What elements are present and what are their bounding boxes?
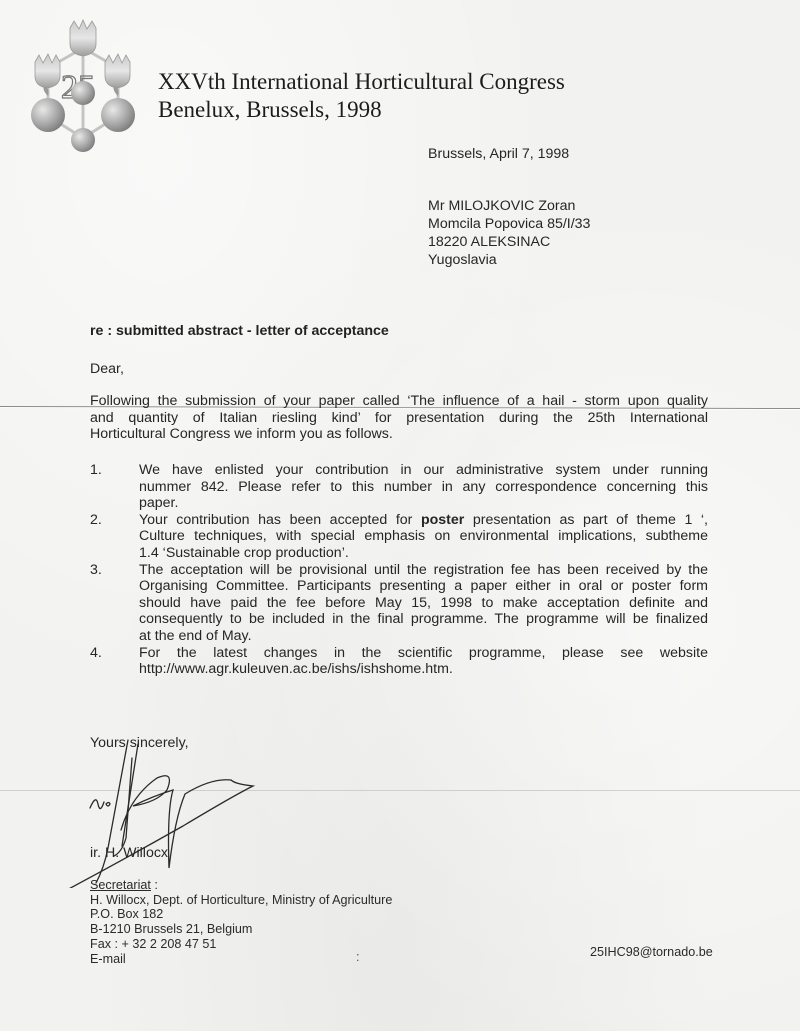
list-line: should have paid the fee before May 15, … (139, 595, 708, 612)
salutation: Dear, (90, 361, 124, 378)
list-number: 4. (90, 645, 120, 662)
letterhead-location: Benelux, Brussels, 1998 (158, 96, 565, 124)
list-line: For the latest changes in the scientific… (139, 645, 708, 662)
list-line: nummer 842. Please refer to this number … (139, 479, 708, 496)
list-line: Your contribution has been accepted for … (139, 512, 708, 529)
intro-paragraph: Following the submission of your paper c… (90, 393, 708, 443)
list-line: 1.4 ‘Sustainable crop production’. (139, 545, 708, 562)
list-number: 1. (90, 462, 120, 479)
secretariat-label: Secretariat (90, 878, 151, 892)
email-separator: : (356, 950, 360, 964)
list-number: 2. (90, 512, 120, 529)
footer-line: P.O. Box 182 (90, 907, 392, 922)
list-item-2: 2. Your contribution has been accepted f… (90, 512, 708, 562)
fax-number: Fax : + 32 2 208 47 51 (90, 937, 392, 952)
list-line: We have enlisted your contribution in ou… (139, 462, 708, 479)
email-label: E-mail (90, 952, 392, 967)
recipient-country: Yugoslavia (428, 252, 590, 270)
list-line: at the end of May. (139, 628, 708, 645)
letterhead-title: XXVth International Horticultural Congre… (158, 68, 565, 96)
list-line: Organising Committee. Participants prese… (139, 578, 708, 595)
list-text: presentation as part of theme 1 ‘, (464, 512, 708, 528)
numbered-list: 1. We have enlisted your contribution in… (90, 462, 708, 678)
list-item-4: 4. For the latest changes in the scienti… (90, 645, 708, 678)
list-text: Your contribution has been accepted for (139, 512, 421, 528)
footer-line: B-1210 Brussels 21, Belgium (90, 922, 392, 937)
signer-name: ir. H. Willocx (90, 845, 168, 862)
website-link[interactable]: http://www.agr.kuleuven.ac.be/ishs/ishsh… (139, 661, 708, 678)
list-line: The acceptation will be provisional unti… (139, 562, 708, 579)
list-number: 3. (90, 562, 120, 579)
letter-date: Brussels, April 7, 1998 (428, 146, 569, 163)
list-line: Culture techniques, with special emphasi… (139, 528, 708, 545)
list-line: paper. (139, 495, 708, 512)
emphasis-poster: poster (421, 512, 464, 528)
subject-line: re : submitted abstract - letter of acce… (90, 323, 389, 339)
recipient-name: Mr MILOJKOVIC Zoran (428, 198, 590, 216)
footer-line: H. Willocx, Dept. of Horticulture, Minis… (90, 893, 392, 908)
intro-line: and quantity of Italian riesling kind’ f… (90, 410, 708, 427)
secretariat-heading: Secretariat : (90, 878, 392, 893)
congress-25-logo-icon: 25 (28, 18, 138, 158)
list-line: consequently to be included in the final… (139, 611, 708, 628)
intro-line: Horticultural Congress we inform you as … (90, 426, 708, 443)
secretariat-block: Secretariat : H. Willocx, Dept. of Horti… (90, 878, 392, 966)
secretariat-colon: : (151, 878, 158, 892)
letterhead: XXVth International Horticultural Congre… (158, 68, 565, 124)
list-item-3: 3. The acceptation will be provisional u… (90, 562, 708, 645)
handwritten-signature-icon (66, 738, 276, 888)
email-address[interactable]: 25IHC98@tornado.be (590, 945, 713, 959)
recipient-address: Mr MILOJKOVIC Zoran Momcila Popovica 85/… (428, 198, 590, 270)
recipient-street: Momcila Popovica 85/I/33 (428, 216, 590, 234)
list-item-1: 1. We have enlisted your contribution in… (90, 462, 708, 512)
intro-line: Following the submission of your paper c… (90, 393, 708, 410)
recipient-city: 18220 ALEKSINAC (428, 234, 590, 252)
